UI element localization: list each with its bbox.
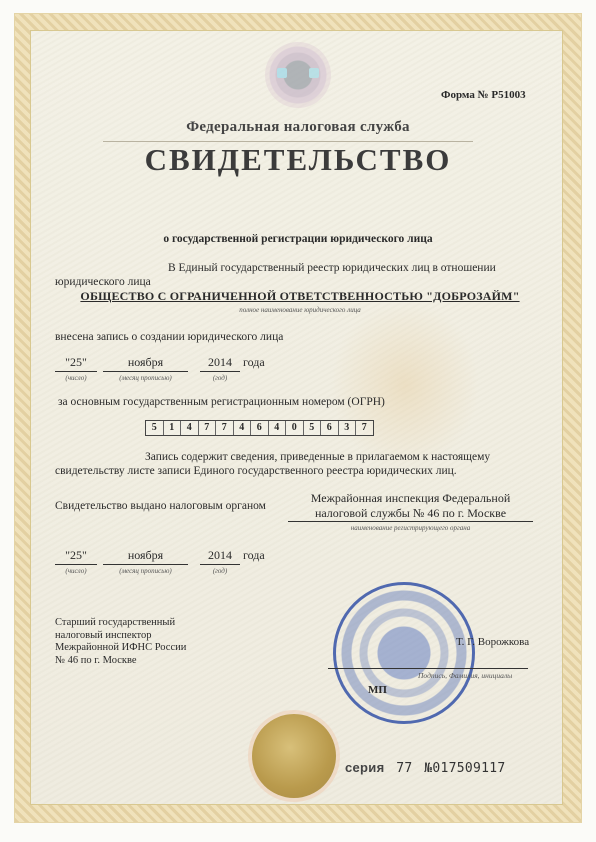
official-title: Старший государственный налоговый инспек…	[55, 617, 186, 667]
ogrn-digit: 1	[164, 421, 182, 435]
hologram-emblem-icon	[265, 42, 331, 108]
serial-number: серия 77 №017509117	[345, 760, 506, 776]
official-line-2: налоговый инспектор	[55, 630, 186, 643]
ogrn-digit: 4	[269, 421, 287, 435]
agency-name: Федеральная налоговая служба	[0, 119, 596, 136]
watermark-eagle-icon	[330, 300, 480, 470]
issue-date-day-hint: (число)	[55, 567, 97, 575]
issue-date-suffix: года	[243, 548, 265, 563]
official-line-3: Межрайонной ИФНС России	[55, 642, 186, 655]
company-name: ОБЩЕСТВО С ОГРАНИЧЕННОЙ ОТВЕТСТВЕННОСТЬЮ…	[60, 289, 540, 304]
entry-date-suffix: года	[243, 355, 265, 370]
ogrn-digit: 7	[356, 421, 373, 435]
company-name-hint: полное наименование юридического лица	[60, 306, 540, 314]
document-title: СВИДЕТЕЛЬСТВО	[0, 142, 596, 178]
ogrn-digit: 6	[251, 421, 269, 435]
official-line-4: № 46 по г. Москве	[55, 655, 186, 668]
ogrn-digit: 0	[286, 421, 304, 435]
issue-date-year: 2014	[200, 548, 240, 563]
entry-date-day: "25"	[55, 355, 97, 370]
ogrn-digit: 7	[216, 421, 234, 435]
number-value: №017509117	[424, 761, 505, 776]
entry-date-year: 2014	[200, 355, 240, 370]
intro-line-1: В Единый государственный реестр юридичес…	[168, 262, 496, 274]
ogrn-digit: 4	[234, 421, 252, 435]
issue-date-month-hint: (месяц прописью)	[103, 567, 188, 575]
entry-date-year-hint: (год)	[200, 374, 240, 382]
series-label: серия	[345, 760, 384, 775]
official-stamp-icon	[333, 582, 475, 724]
issue-date-day: "25"	[55, 548, 97, 563]
mp-label: МП	[368, 684, 387, 696]
issued-label: Свидетельство выдано налоговым органом	[55, 500, 266, 512]
series-value: 77	[396, 761, 412, 776]
ogrn-digit: 7	[199, 421, 217, 435]
signatory-name: Т. Г. Ворожкова	[456, 636, 529, 648]
ogrn-digit: 5	[304, 421, 322, 435]
entry-date-day-hint: (число)	[55, 374, 97, 382]
issuer-line-2: налоговой службы № 46 по г. Москве	[288, 506, 533, 521]
issue-date-year-hint: (год)	[200, 567, 240, 575]
ogrn-label: за основным государственным регистрацион…	[58, 396, 385, 408]
intro-line-2: юридического лица	[55, 276, 151, 288]
ogrn-digit: 5	[146, 421, 164, 435]
form-number: Форма № Р51003	[441, 89, 526, 101]
entry-date-month: ноября	[103, 355, 188, 370]
gold-seal-icon	[252, 714, 336, 798]
record-line-2: свидетельству листе записи Единого госуд…	[55, 465, 457, 477]
record-line-1: Запись содержит сведения, приведенные в …	[145, 451, 490, 463]
issuer-hint: наименование регистрирующего органа	[288, 524, 533, 532]
ogrn-digit: 4	[181, 421, 199, 435]
issuer-line-1: Межрайонная инспекция Федеральной	[288, 491, 533, 506]
ogrn-digit: 6	[321, 421, 339, 435]
entry-date-month-hint: (месяц прописью)	[103, 374, 188, 382]
entry-text: внесена запись о создании юридического л…	[55, 331, 283, 343]
ogrn-number: 5147746405637	[145, 420, 374, 436]
signature-hint: Подпись, Фамилия, инициалы	[418, 671, 512, 680]
official-line-1: Старший государственный	[55, 617, 186, 630]
ogrn-digit: 3	[339, 421, 357, 435]
document-subtitle: о государственной регистрации юридическо…	[0, 233, 596, 245]
issue-date-month: ноября	[103, 548, 188, 563]
